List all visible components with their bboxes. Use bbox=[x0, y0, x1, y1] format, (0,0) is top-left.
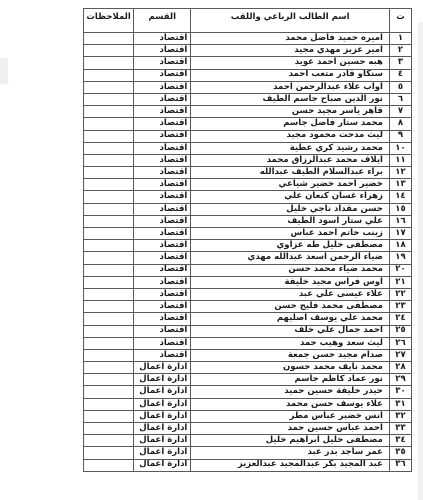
notes-cell bbox=[84, 349, 134, 361]
table-row: ١٩ضياء الرحمن اسعد عبدالله مهدياقتصاد bbox=[84, 252, 412, 264]
index-cell: ١٣ bbox=[389, 179, 411, 191]
table-row: ٢٦ليث سعد وهيب حمداقتصاد bbox=[84, 337, 412, 349]
index-cell: ١٥ bbox=[389, 203, 411, 215]
department-cell: اقتصاد bbox=[134, 45, 191, 57]
student-name-cell: نور عماد كاظم جاسم bbox=[191, 374, 390, 386]
notes-cell bbox=[84, 154, 134, 166]
index-cell: ٧ bbox=[389, 106, 411, 118]
student-name-cell: زهراء غسان كنعان علي bbox=[191, 191, 390, 203]
table-row: ٣٤مصطفى خليل ابراهيم خليلادارة اعمال bbox=[84, 435, 412, 447]
student-name-cell: اواب علاء عبدالرحمن احمد bbox=[191, 81, 390, 93]
table-row: ٣١علاء يوسف حسن محمدادارة اعمال bbox=[84, 398, 412, 410]
notes-cell bbox=[84, 93, 134, 105]
notes-cell bbox=[84, 191, 134, 203]
notes-cell bbox=[84, 276, 134, 288]
department-cell: ادارة اعمال bbox=[134, 435, 191, 447]
notes-cell bbox=[84, 313, 134, 325]
table-row: ١١ايلاف محمد عبدالرزاق محمداقتصاد bbox=[84, 154, 412, 166]
notes-cell bbox=[84, 240, 134, 252]
table-row: ٣٦عبد المجيد بكر عبدالمجيد عبدالعزيزادار… bbox=[84, 459, 412, 471]
student-name-cell: مصطفى خليل طه عزاوي bbox=[191, 240, 390, 252]
notes-cell bbox=[84, 106, 134, 118]
notes-cell bbox=[84, 435, 134, 447]
student-name-cell: اوس فراس مجيد خليفة bbox=[191, 276, 390, 288]
notes-cell bbox=[84, 215, 134, 227]
department-cell: اقتصاد bbox=[134, 215, 191, 227]
scan-edge-artifact-right bbox=[418, 22, 423, 500]
department-cell: اقتصاد bbox=[134, 301, 191, 313]
table-row: ٢٧صدام مجيد حسن جمعةاقتصاد bbox=[84, 349, 412, 361]
notes-cell bbox=[84, 398, 134, 410]
table-row: ٧قاهر ياسر مجيد حسناقتصاد bbox=[84, 106, 412, 118]
student-name-cell: مصطفى خليل ابراهيم خليل bbox=[191, 435, 390, 447]
student-name-cell: سنكاو قادر متعب احمد bbox=[191, 69, 390, 81]
index-cell: ١٩ bbox=[389, 252, 411, 264]
department-cell: ادارة اعمال bbox=[134, 410, 191, 422]
department-cell: ادارة اعمال bbox=[134, 374, 191, 386]
student-name-cell: نور الدين صباح جاسم الطيف bbox=[191, 93, 390, 105]
notes-cell bbox=[84, 45, 134, 57]
department-cell: اقتصاد bbox=[134, 118, 191, 130]
index-cell: ٣٤ bbox=[389, 435, 411, 447]
index-cell: ١٠ bbox=[389, 142, 411, 154]
table-row: ٦نور الدين صباح جاسم الطيفاقتصاد bbox=[84, 93, 412, 105]
notes-cell bbox=[84, 118, 134, 130]
department-cell: اقتصاد bbox=[134, 69, 191, 81]
index-cell: ٢٨ bbox=[389, 362, 411, 374]
header-department: القسم bbox=[134, 9, 191, 33]
student-name-cell: امير عزيز مهدي مجيد bbox=[191, 45, 390, 57]
notes-cell bbox=[84, 447, 134, 459]
table-row: ٣٠حيدر خليفة حسين حميدادارة اعمال bbox=[84, 386, 412, 398]
notes-cell bbox=[84, 410, 134, 422]
table-row: ٥اواب علاء عبدالرحمن احمداقتصاد bbox=[84, 81, 412, 93]
index-cell: ١٦ bbox=[389, 215, 411, 227]
notes-cell bbox=[84, 325, 134, 337]
table-row: ١٤زهراء غسان كنعان علياقتصاد bbox=[84, 191, 412, 203]
index-cell: ٦ bbox=[389, 93, 411, 105]
index-cell: ٢٥ bbox=[389, 325, 411, 337]
index-cell: ٢٧ bbox=[389, 349, 411, 361]
department-cell: اقتصاد bbox=[134, 240, 191, 252]
student-name-cell: عمر ساجد بدر عبد bbox=[191, 447, 390, 459]
student-name-cell: علاء يوسف حسن محمد bbox=[191, 398, 390, 410]
index-cell: ٣٦ bbox=[389, 459, 411, 471]
student-name-cell: محمد علي يوسف اصليهم bbox=[191, 313, 390, 325]
student-name-cell: علي ستار اسود الطيف bbox=[191, 215, 390, 227]
department-cell: اقتصاد bbox=[134, 154, 191, 166]
scanned-document-page: ت اسم الطالب الرباعي واللقب القسم الملاح… bbox=[0, 0, 423, 500]
index-cell: ٥ bbox=[389, 81, 411, 93]
department-cell: اقتصاد bbox=[134, 93, 191, 105]
department-cell: اقتصاد bbox=[134, 33, 191, 45]
student-roster-table: ت اسم الطالب الرباعي واللقب القسم الملاح… bbox=[83, 8, 412, 472]
department-cell: اقتصاد bbox=[134, 179, 191, 191]
student-name-cell: اميره حميد فاضل محمد bbox=[191, 33, 390, 45]
header-notes: الملاحظات bbox=[84, 9, 134, 33]
index-cell: ٨ bbox=[389, 118, 411, 130]
student-name-cell: انس خضير عباس مطر bbox=[191, 410, 390, 422]
table-row: ٢٣مصطفى محمد فليح حسناقتصاد bbox=[84, 301, 412, 313]
header-row: ت اسم الطالب الرباعي واللقب القسم الملاح… bbox=[84, 9, 412, 33]
department-cell: اقتصاد bbox=[134, 81, 191, 93]
table-row: ١٨مصطفى خليل طه عزاوياقتصاد bbox=[84, 240, 412, 252]
notes-cell bbox=[84, 252, 134, 264]
notes-cell bbox=[84, 69, 134, 81]
table-row: ١٠محمد رشيد كري عطيةاقتصاد bbox=[84, 142, 412, 154]
table-row: ٢٩نور عماد كاظم جاسمادارة اعمال bbox=[84, 374, 412, 386]
table-row: ٣٣احمد عباس حسين حمدادارة اعمال bbox=[84, 423, 412, 435]
department-cell: اقتصاد bbox=[134, 276, 191, 288]
student-name-cell: محمد نايف محمد حسون bbox=[191, 362, 390, 374]
department-cell: ادارة اعمال bbox=[134, 447, 191, 459]
notes-cell bbox=[84, 81, 134, 93]
table-row: ٨محمد ستار فاضل جاسماقتصاد bbox=[84, 118, 412, 130]
notes-cell bbox=[84, 203, 134, 215]
index-cell: ٣٠ bbox=[389, 386, 411, 398]
index-cell: ٣١ bbox=[389, 398, 411, 410]
table-row: ١اميره حميد فاضل محمداقتصاد bbox=[84, 33, 412, 45]
notes-cell bbox=[84, 386, 134, 398]
index-cell: ٩ bbox=[389, 130, 411, 142]
notes-cell bbox=[84, 459, 134, 471]
index-cell: ١٧ bbox=[389, 228, 411, 240]
index-cell: ١ bbox=[389, 33, 411, 45]
department-cell: اقتصاد bbox=[134, 313, 191, 325]
index-cell: ٢٣ bbox=[389, 301, 411, 313]
student-name-cell: احمد عباس حسين حمد bbox=[191, 423, 390, 435]
department-cell: ادارة اعمال bbox=[134, 398, 191, 410]
table-row: ٢١اوس فراس مجيد خليفةاقتصاد bbox=[84, 276, 412, 288]
student-name-cell: محمد ستار فاضل جاسم bbox=[191, 118, 390, 130]
notes-cell bbox=[84, 167, 134, 179]
department-cell: اقتصاد bbox=[134, 57, 191, 69]
notes-cell bbox=[84, 288, 134, 300]
department-cell: اقتصاد bbox=[134, 142, 191, 154]
department-cell: اقتصاد bbox=[134, 325, 191, 337]
index-cell: ٣٥ bbox=[389, 447, 411, 459]
department-cell: اقتصاد bbox=[134, 252, 191, 264]
student-name-cell: قاهر ياسر مجيد حسن bbox=[191, 106, 390, 118]
student-name-cell: زينب حاتم احمد عباس bbox=[191, 228, 390, 240]
student-name-cell: مصطفى محمد فليح حسن bbox=[191, 301, 390, 313]
scan-edge-artifact-left bbox=[0, 58, 8, 84]
student-name-cell: عبد المجيد بكر عبدالمجيد عبدالعزيز bbox=[191, 459, 390, 471]
index-cell: ٢٩ bbox=[389, 374, 411, 386]
table-row: ١٧زينب حاتم احمد عباساقتصاد bbox=[84, 228, 412, 240]
department-cell: اقتصاد bbox=[134, 106, 191, 118]
table-row: ٣٢انس خضير عباس مطرادارة اعمال bbox=[84, 410, 412, 422]
student-name-cell: حيدر خليفة حسين حميد bbox=[191, 386, 390, 398]
table-row: ١٣خضير احمد خضير شياعياقتصاد bbox=[84, 179, 412, 191]
table-row: ١٢براء عبدالسلام الطيف عبداللهاقتصاد bbox=[84, 167, 412, 179]
student-name-cell: براء عبدالسلام الطيف عبدالله bbox=[191, 167, 390, 179]
department-cell: ادارة اعمال bbox=[134, 423, 191, 435]
index-cell: ١٤ bbox=[389, 191, 411, 203]
student-name-cell: ليث مدحت محمود مجيد bbox=[191, 130, 390, 142]
table-row: ٢٥احمد جمال علي خلفاقتصاد bbox=[84, 325, 412, 337]
student-name-cell: حسن مقداد ناجي خليل bbox=[191, 203, 390, 215]
student-name-cell: علاء عيسى علي عبد bbox=[191, 288, 390, 300]
department-cell: اقتصاد bbox=[134, 349, 191, 361]
header-student-name: اسم الطالب الرباعي واللقب bbox=[191, 9, 390, 33]
notes-cell bbox=[84, 301, 134, 313]
department-cell: ادارة اعمال bbox=[134, 362, 191, 374]
index-cell: ٢ bbox=[389, 45, 411, 57]
department-cell: اقتصاد bbox=[134, 130, 191, 142]
index-cell: ٣٣ bbox=[389, 423, 411, 435]
department-cell: اقتصاد bbox=[134, 288, 191, 300]
notes-cell bbox=[84, 423, 134, 435]
notes-cell bbox=[84, 33, 134, 45]
table-row: ١٥حسن مقداد ناجي خليلاقتصاد bbox=[84, 203, 412, 215]
department-cell: ادارة اعمال bbox=[134, 459, 191, 471]
index-cell: ٢٤ bbox=[389, 313, 411, 325]
department-cell: اقتصاد bbox=[134, 203, 191, 215]
notes-cell bbox=[84, 130, 134, 142]
table-row: ٤سنكاو قادر متعب احمداقتصاد bbox=[84, 69, 412, 81]
index-cell: ١٨ bbox=[389, 240, 411, 252]
notes-cell bbox=[84, 337, 134, 349]
department-cell: اقتصاد bbox=[134, 228, 191, 240]
student-name-cell: احمد جمال علي خلف bbox=[191, 325, 390, 337]
department-cell: اقتصاد bbox=[134, 191, 191, 203]
table-row: ١٦علي ستار اسود الطيفاقتصاد bbox=[84, 215, 412, 227]
department-cell: اقتصاد bbox=[134, 167, 191, 179]
notes-cell bbox=[84, 264, 134, 276]
index-cell: ٢١ bbox=[389, 276, 411, 288]
notes-cell bbox=[84, 374, 134, 386]
table-row: ٢٤محمد علي يوسف اصليهماقتصاد bbox=[84, 313, 412, 325]
table-row: ٢٢علاء عيسى علي عبداقتصاد bbox=[84, 288, 412, 300]
header-index: ت bbox=[389, 9, 411, 33]
index-cell: ٢٦ bbox=[389, 337, 411, 349]
notes-cell bbox=[84, 142, 134, 154]
student-name-cell: ضياء الرحمن اسعد عبدالله مهدي bbox=[191, 252, 390, 264]
index-cell: ٣ bbox=[389, 57, 411, 69]
table-row: ٢٠محمد ضياء محمد حسناقتصاد bbox=[84, 264, 412, 276]
notes-cell bbox=[84, 57, 134, 69]
notes-cell bbox=[84, 362, 134, 374]
student-name-cell: صدام مجيد حسن جمعة bbox=[191, 349, 390, 361]
department-cell: اقتصاد bbox=[134, 264, 191, 276]
student-name-cell: خضير احمد خضير شياعي bbox=[191, 179, 390, 191]
student-name-cell: محمد ضياء محمد حسن bbox=[191, 264, 390, 276]
student-name-cell: ايلاف محمد عبدالرزاق محمد bbox=[191, 154, 390, 166]
student-name-cell: محمد رشيد كري عطية bbox=[191, 142, 390, 154]
index-cell: ٢٢ bbox=[389, 288, 411, 300]
table-row: ٩ليث مدحت محمود مجيداقتصاد bbox=[84, 130, 412, 142]
index-cell: ٢٠ bbox=[389, 264, 411, 276]
index-cell: ٣٢ bbox=[389, 410, 411, 422]
department-cell: اقتصاد bbox=[134, 337, 191, 349]
table-row: ٣هبه حسين احمد عويداقتصاد bbox=[84, 57, 412, 69]
table-row: ٣٥عمر ساجد بدر عبدادارة اعمال bbox=[84, 447, 412, 459]
student-name-cell: ليث سعد وهيب حمد bbox=[191, 337, 390, 349]
table-row: ٢٨محمد نايف محمد حسونادارة اعمال bbox=[84, 362, 412, 374]
notes-cell bbox=[84, 179, 134, 191]
student-name-cell: هبه حسين احمد عويد bbox=[191, 57, 390, 69]
index-cell: ٤ bbox=[389, 69, 411, 81]
index-cell: ١١ bbox=[389, 154, 411, 166]
index-cell: ١٢ bbox=[389, 167, 411, 179]
table-row: ٢امير عزيز مهدي مجيداقتصاد bbox=[84, 45, 412, 57]
notes-cell bbox=[84, 228, 134, 240]
department-cell: ادارة اعمال bbox=[134, 386, 191, 398]
